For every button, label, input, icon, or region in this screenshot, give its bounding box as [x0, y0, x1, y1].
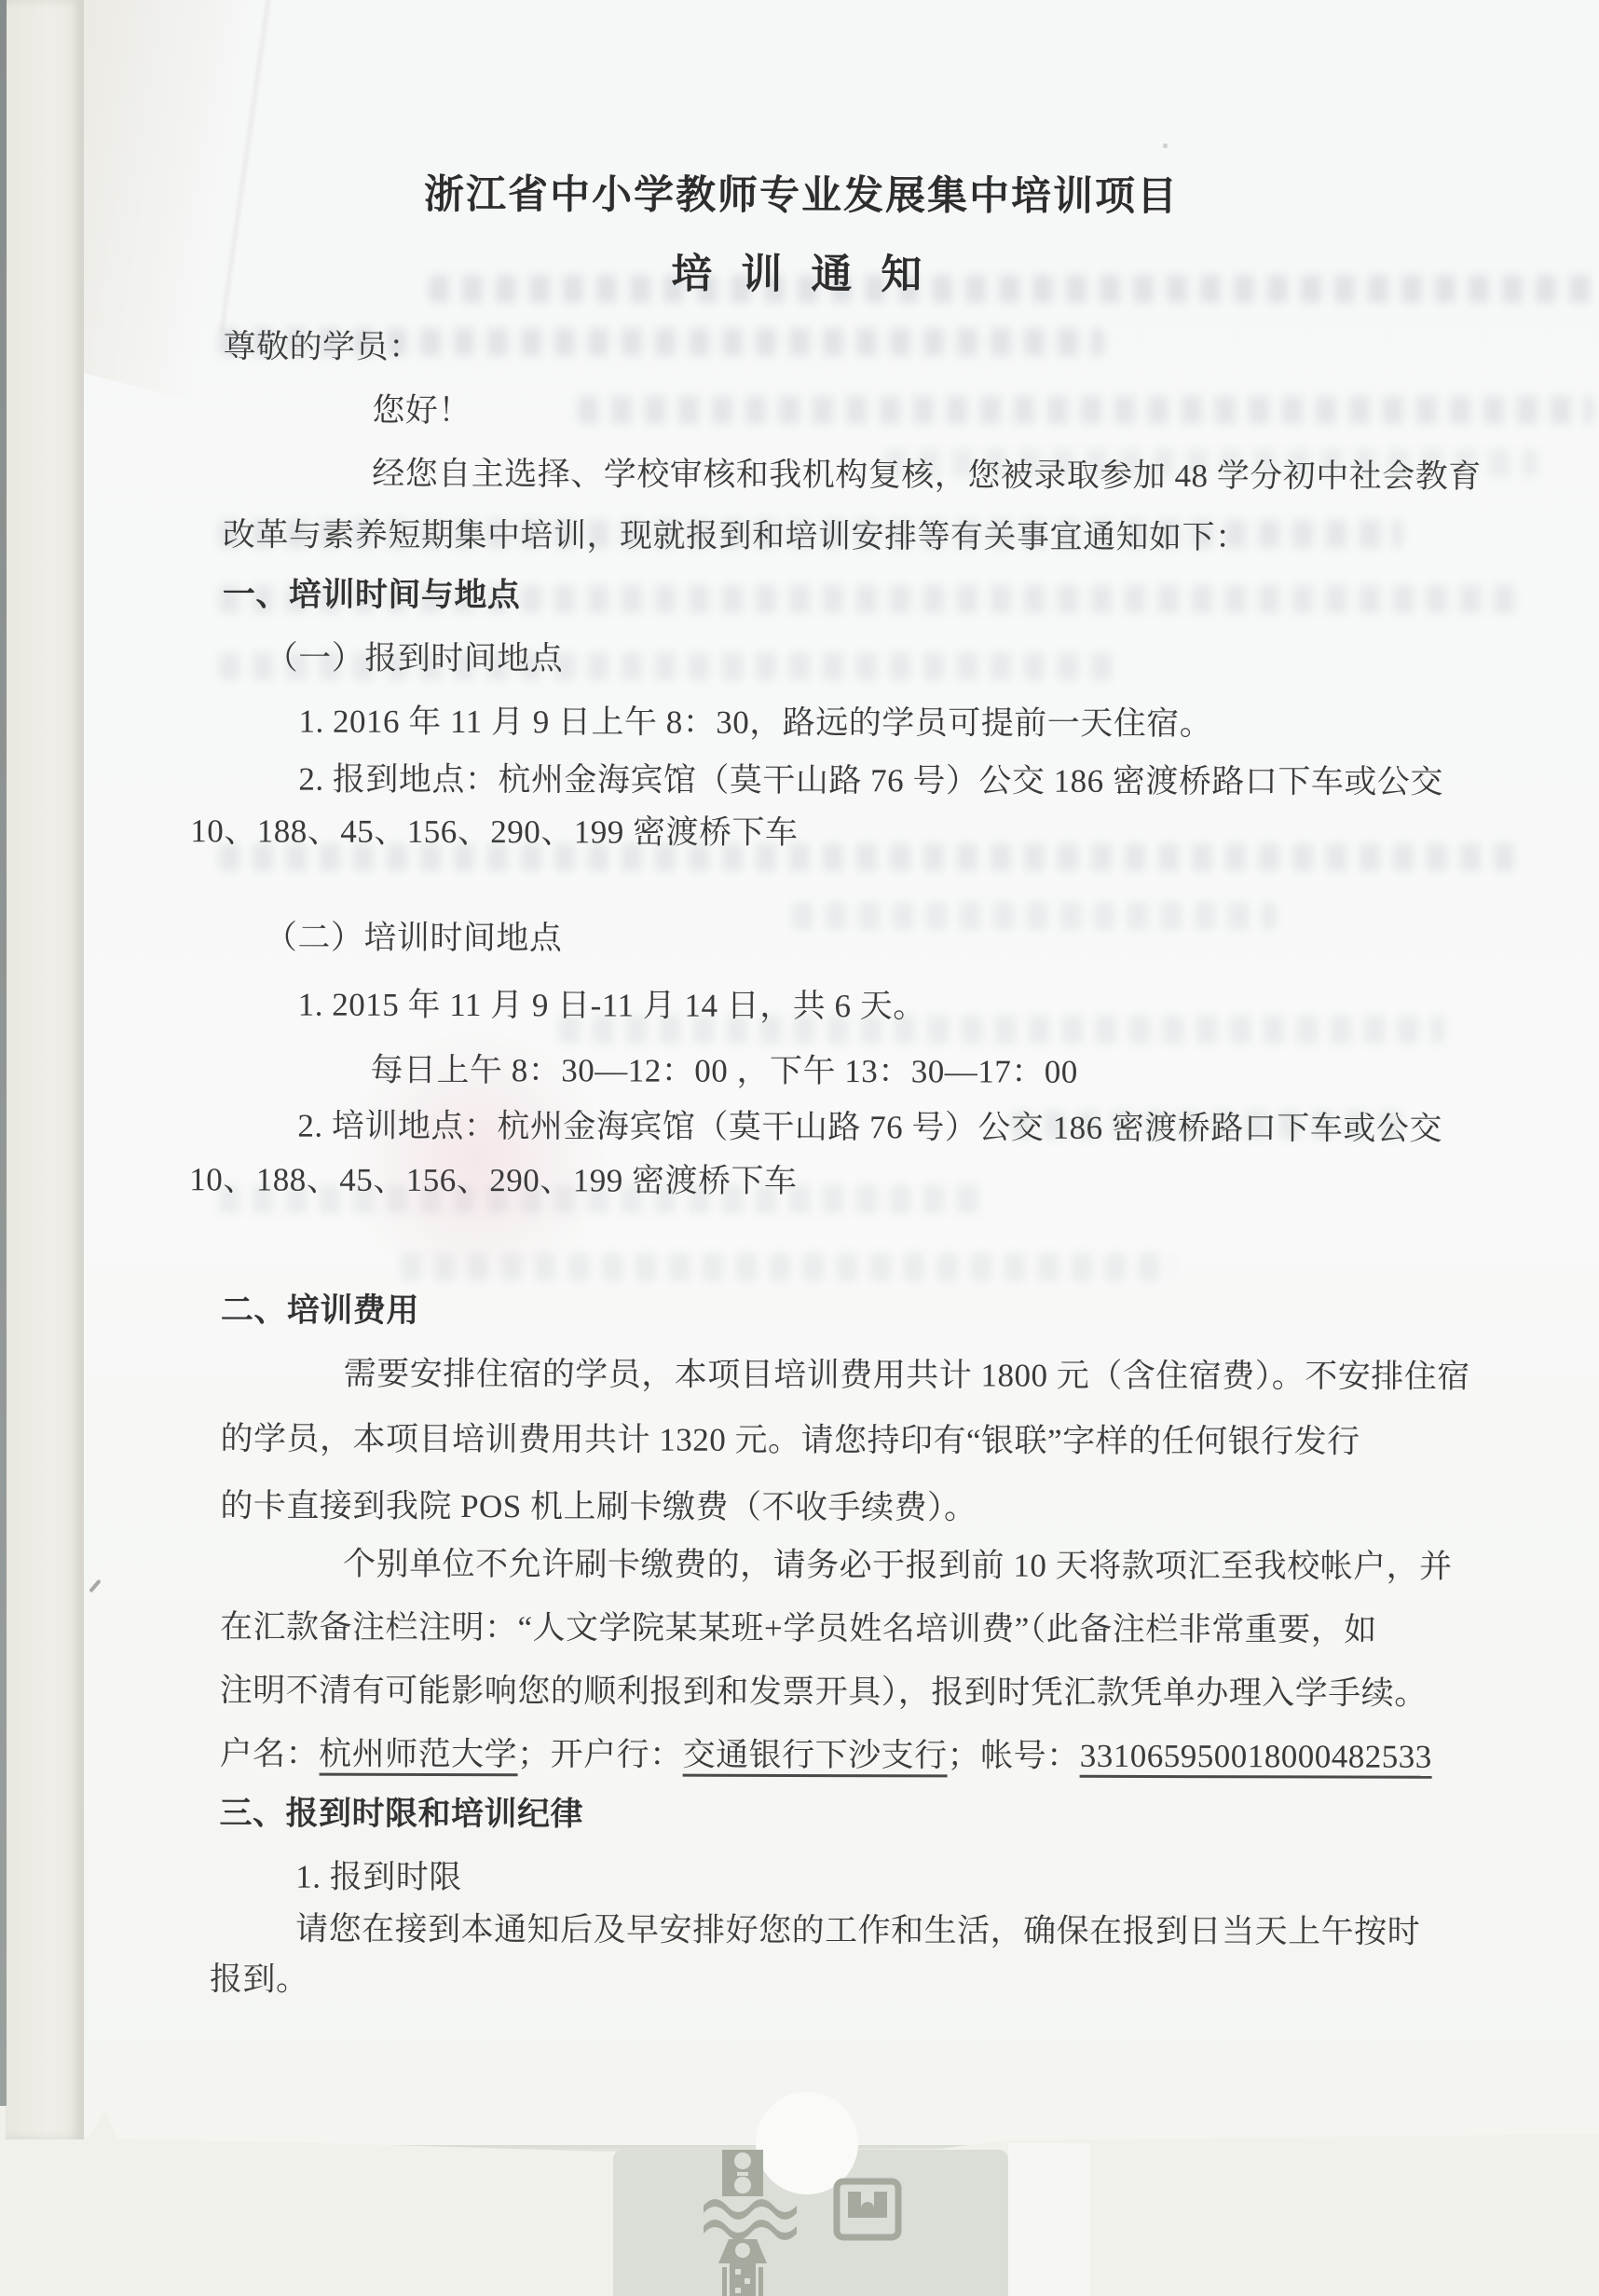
document-title: 浙江省中小学教师专业发展集中培训项目 — [2, 162, 1599, 223]
account-number-label: ；帐号： — [948, 1737, 1080, 1773]
image-placeholder-icon — [832, 2177, 903, 2242]
section3-para-line2: 报到。 — [210, 1953, 309, 2000]
intro-line-1: 经您自主选择、学校审核和我机构复核，您被录取参加 48 学分初中社会教育 — [372, 448, 1482, 498]
account-label: 户名： — [220, 1735, 320, 1771]
section2-heading: 二、培训费用 — [221, 1284, 419, 1332]
bank-account-line: 户名：杭州师范大学；开户行：交通银行下沙支行；帐号：33106595001800… — [220, 1728, 1432, 1777]
section1-item2: 2. 报到地点：杭州金海宾馆（莫干山路 76 号）公交 186 密渡桥路口下车或… — [298, 754, 1443, 803]
section1-item4-continuation: 10、188、45、156、290、199 密渡桥下车 — [189, 1154, 797, 1202]
section1-item2-continuation: 10、188、45、156、290、199 密渡桥下车 — [190, 805, 798, 854]
section3-para-line1: 请您在接到本通知后及早安排好您的工作和生活，确保在报到日当天上午按时 — [295, 1904, 1420, 1953]
section2-para1-line3: 的卡直接到我院 POS 机上刷卡缴费（不收手续费）。 — [220, 1480, 977, 1528]
section3-sub-heading: 1. 报到时限 — [295, 1852, 462, 1898]
account-holder-name: 杭州师范大学 — [319, 1736, 517, 1777]
account-number: 331065950018000482533 — [1080, 1738, 1432, 1779]
section2-para1-line1: 需要安排住宿的学员，本项目培训费用共计 1800 元（含住宿费）。不安排住宿 — [344, 1348, 1470, 1398]
section3-heading: 三、报到时限和培训纪律 — [219, 1787, 583, 1835]
intro-line-2: 改革与素养短期集中培训，现就报到和培训安排等有关事宜通知如下： — [223, 509, 1249, 558]
salutation-line: 尊敬的学员： — [224, 321, 422, 368]
section2-para2-line2: 在汇款备注栏注明：“人文学院某某班+学员姓名培训费”（此备注栏非常重要，如 — [220, 1601, 1377, 1650]
section1-item4: 2. 培训地点：杭州金海宾馆（莫干山路 76 号）公交 186 密渡桥路口下车或… — [297, 1100, 1442, 1150]
scanned-training-notice-page: 浙江省中小学教师专业发展集中培训项目 培 训 通 知 尊敬的学员： 您好！ 经您… — [0, 0, 1599, 2296]
bank-label: ；开户行： — [517, 1736, 683, 1772]
bank-branch-name: 交通银行下沙支行 — [683, 1737, 948, 1778]
section1-item3: 1. 2015 年 11 月 9 日-11 月 14 日，共 6 天。 — [298, 979, 926, 1028]
greeting-line: 您好！ — [372, 385, 471, 431]
section1-sub1-heading: （一）报到时间地点 — [266, 632, 564, 679]
section1-item1: 1. 2016 年 11 月 9 日上午 8：30，路远的学员可提前一天住宿。 — [298, 696, 1212, 745]
scan-overlay-side-strip — [1008, 2143, 1090, 2296]
section2-para1-line2: 的学员，本项目培训费用共计 1320 元。请您持印有“银联”字样的任何银行发行 — [220, 1413, 1360, 1462]
document-content: 浙江省中小学教师专业发展集中培训项目 培 训 通 知 尊敬的学员： 您好！ 经您… — [0, 0, 1599, 2296]
section1-heading: 一、培训时间与地点 — [223, 568, 521, 616]
section2-para2-line3: 注明不清有可能影响您的顺利报到和发票开具），报到时凭汇款凭单办理入学手续。 — [220, 1664, 1428, 1714]
section2-para2-line1: 个别单位不允许刷卡缴费的，请务必于报到前 10 天将款项汇至我校帐户，并 — [343, 1538, 1453, 1588]
notice-subtitle: 培 训 通 知 — [2, 239, 1599, 302]
film-strip-icon — [704, 2150, 797, 2296]
section1-sub2-heading: （二）培训时间地点 — [265, 911, 563, 959]
section1-item3-continuation: 每日上午 8：30—12：00 ，下午 13：30—17：00 — [371, 1045, 1078, 1093]
